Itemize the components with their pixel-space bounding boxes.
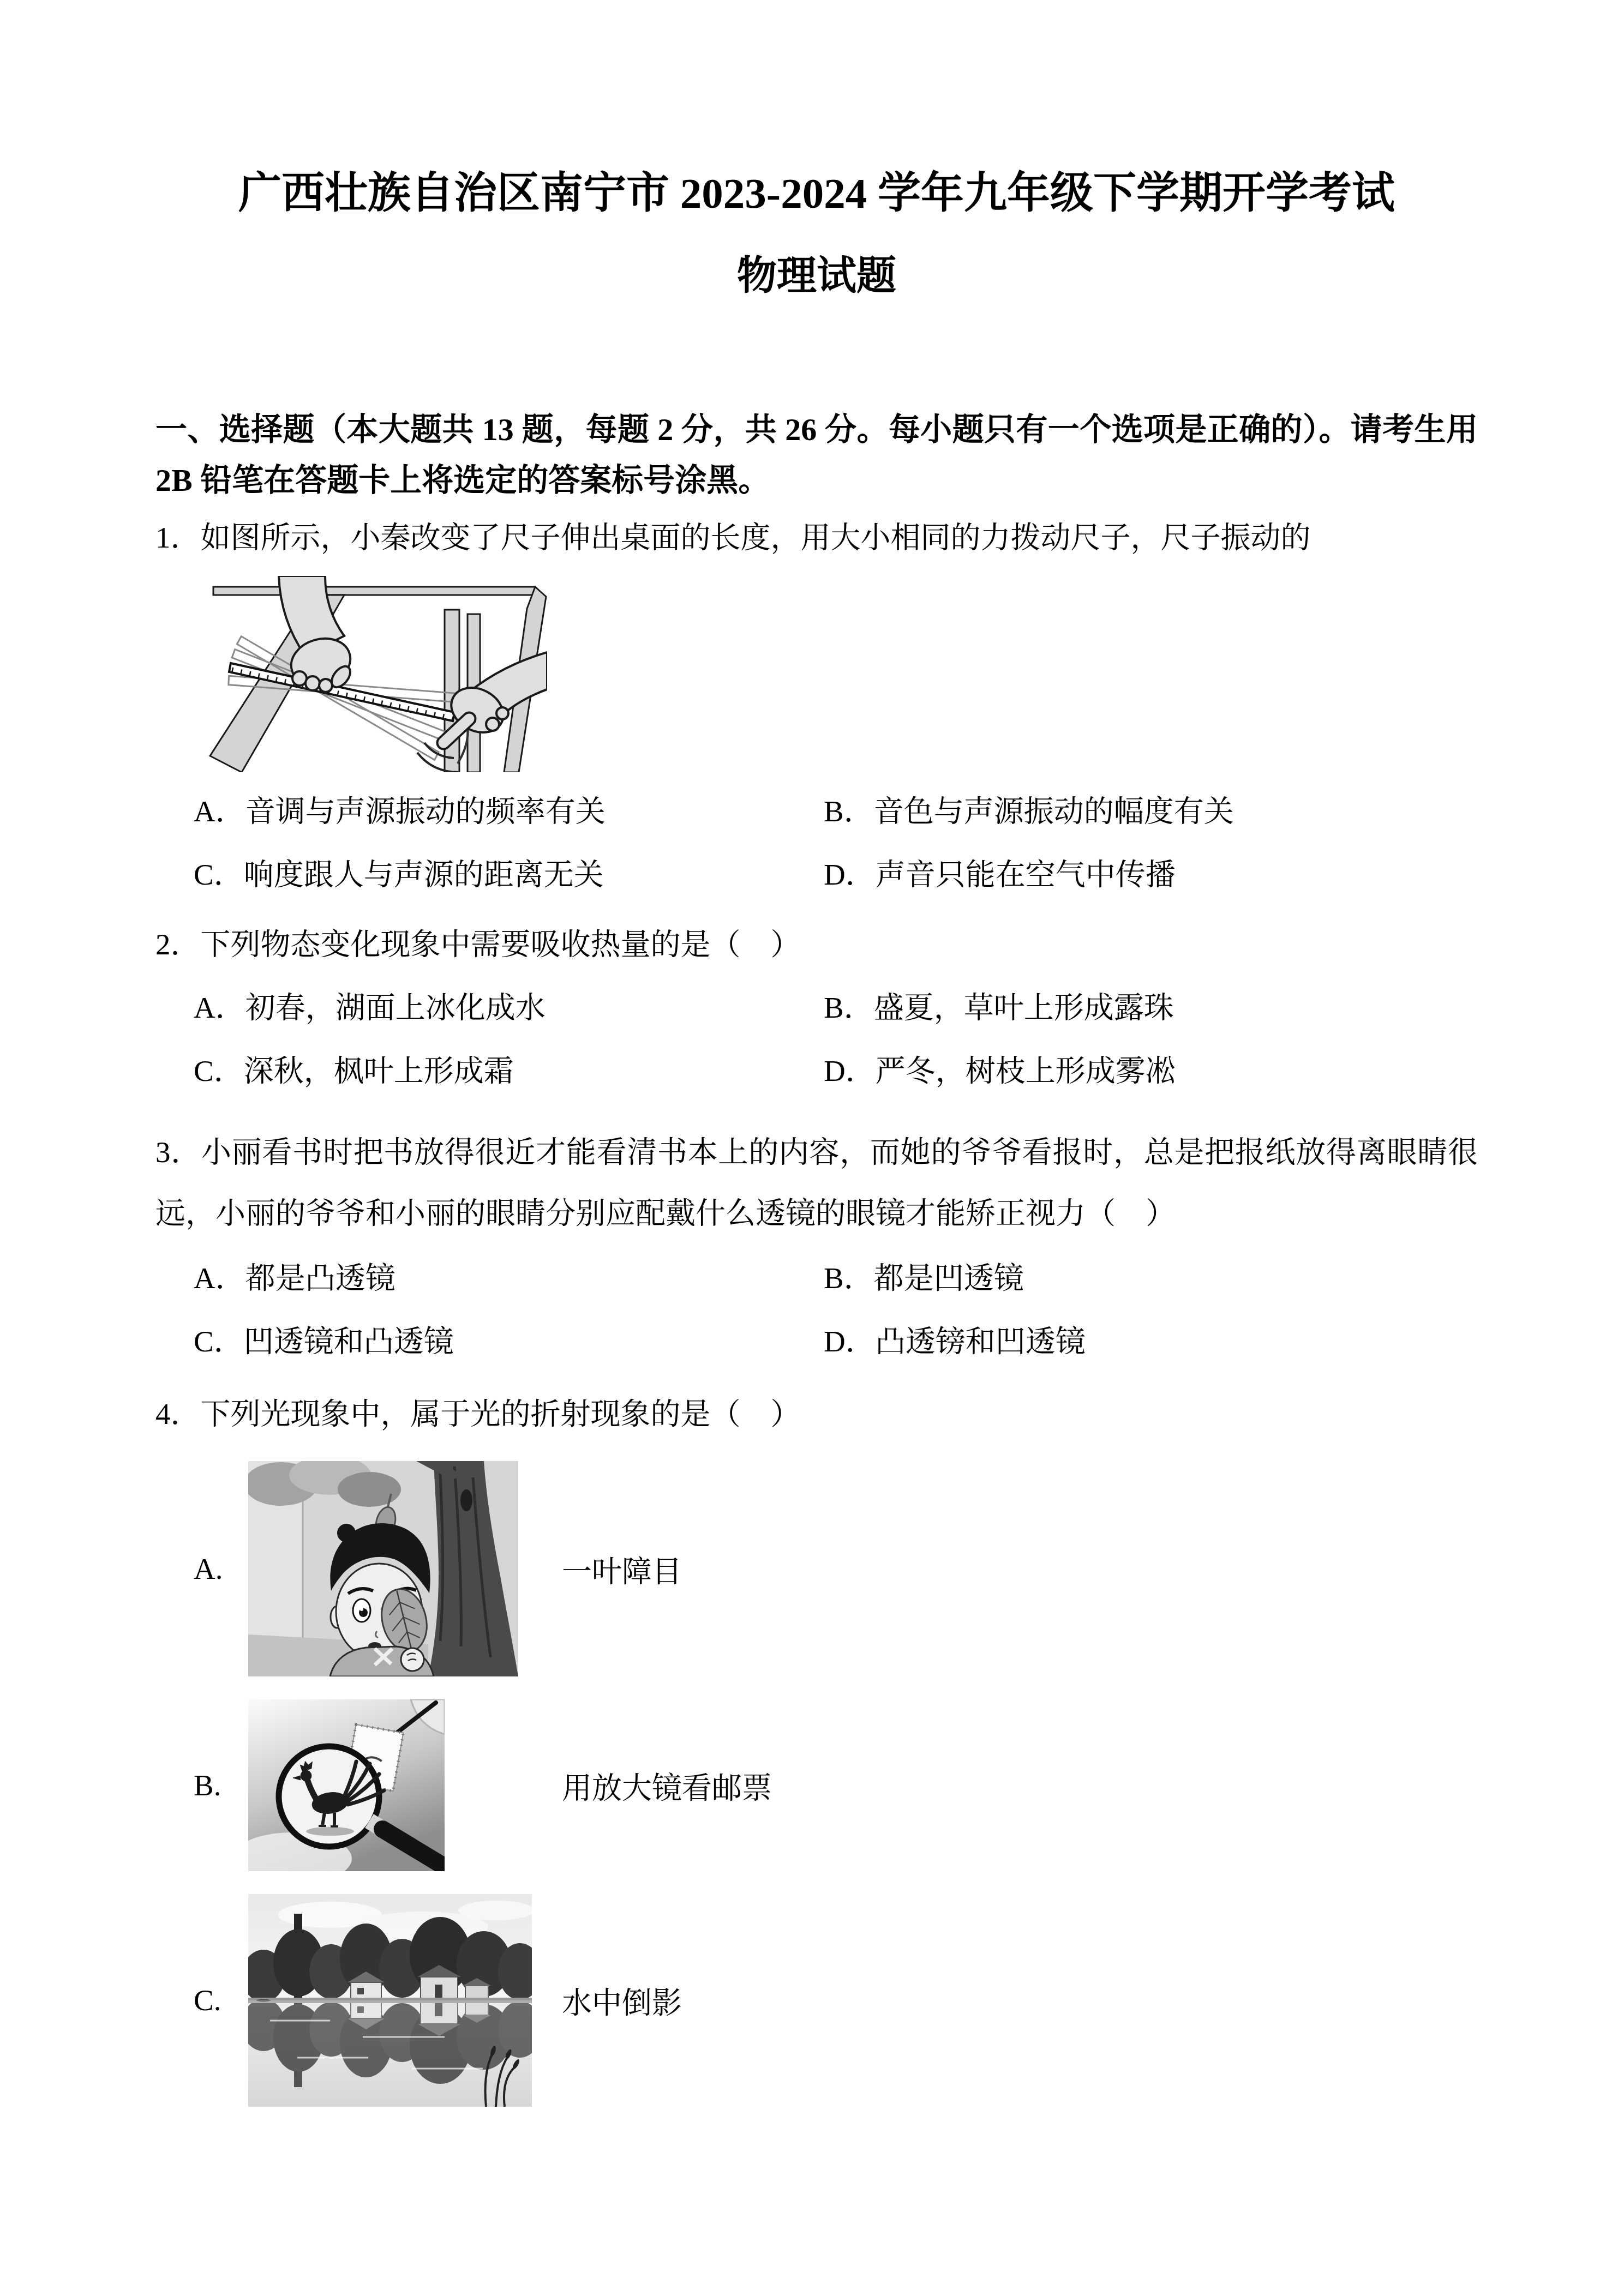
exam-title: 广西壮族自治区南宁市 2023-2024 学年九年级下学期开学考试 (155, 168, 1478, 220)
question-4-number: 4． (155, 1397, 201, 1431)
question-1-text: 如图所示，小秦改变了尺子伸出桌面的长度，用大小相同的力拨动尺子，尺子振动的 (201, 521, 1311, 554)
option-1-d: D．声音只能在空气中传播 (824, 855, 1478, 895)
ruler-vibration-figure (198, 576, 547, 772)
question-2-options: A．初春，湖面上冰化成水 B．盛夏，草叶上形成露珠 C．深秋，枫叶上形成霜 D．… (155, 976, 1478, 1103)
question-4-text: 下列光现象中，属于光的折射现象的是（ ） (201, 1397, 801, 1431)
question-4-stem: 4．下列光现象中，属于光的折射现象的是（ ） (155, 1390, 1478, 1438)
question-3-stem: 3．小丽看书时把书放得很近才能看清书本上的内容，而她的爷爷看报时，总是把报纸放得… (155, 1122, 1478, 1245)
question-4: 4．下列光现象中，属于光的折射现象的是（ ） A. (155, 1390, 1478, 2107)
question-2-text: 下列物态变化现象中需要吸收热量的是（ ） (201, 928, 801, 961)
question-1-options: A．音调与声源振动的频率有关 B．音色与声源振动的幅度有关 C．响度跟人与声源的… (155, 780, 1478, 907)
option-4-b-caption: 用放大镜看邮票 (562, 1764, 772, 1807)
question-2-stem: 2．下列物态变化现象中需要吸收热量的是（ ） (155, 921, 1478, 969)
question-4-option-b-row: B. (155, 1699, 1478, 1871)
question-3-number: 3． (155, 1135, 201, 1169)
question-4-option-a-row: A. (155, 1461, 1478, 1676)
ruler-table-experiment-drawing (198, 576, 547, 772)
option-1-a: A．音调与声源振动的频率有关 (194, 791, 824, 832)
option-4-b-label: B. (194, 1768, 248, 1802)
question-3-options: A．都是凸透镜 B．都是凹透镜 C．凹透镜和凸透镜 D．凸透镑和凹透镜 (155, 1247, 1478, 1374)
question-2: 2．下列物态变化现象中需要吸收热量的是（ ） A．初春，湖面上冰化成水 B．盛夏… (155, 921, 1478, 1103)
option-4-a-caption: 一叶障目 (562, 1547, 682, 1590)
option-2-c: C．深秋，枫叶上形成霜 (194, 1051, 824, 1091)
water-reflection-image (248, 1894, 562, 2107)
question-3: 3．小丽看书时把书放得很近才能看清书本上的内容，而她的爷爷看报时，总是把报纸放得… (155, 1122, 1478, 1374)
option-4-c-caption: 水中倒影 (562, 1979, 682, 2022)
question-1-number: 1． (155, 521, 201, 554)
question-1: 1．如图所示，小秦改变了尺子伸出桌面的长度，用大小相同的力拨动尺子，尺子振动的 (155, 514, 1478, 907)
question-3-text: 小丽看书时把书放得很近才能看清书本上的内容，而她的爷爷看报时，总是把报纸放得离眼… (155, 1135, 1478, 1230)
boy-hiding-eye-with-leaf-drawing (248, 1461, 518, 1676)
option-3-c: C．凹透镜和凸透镜 (194, 1321, 824, 1362)
magnifying-glass-over-stamp-drawing (248, 1699, 445, 1871)
option-2-b: B．盛夏，草叶上形成露珠 (824, 988, 1478, 1028)
exam-paper-page: 广西壮族自治区南宁市 2023-2024 学年九年级下学期开学考试 物理试题 一… (0, 0, 1624, 2296)
question-4-option-c-row: C. (155, 1894, 1478, 2107)
option-3-d: D．凸透镑和凹透镜 (824, 1321, 1478, 1362)
question-2-number: 2． (155, 928, 201, 961)
option-1-c: C．响度跟人与声源的距离无关 (194, 855, 824, 895)
option-1-b: B．音色与声源振动的幅度有关 (824, 791, 1478, 832)
boy-leaf-eye-image (248, 1461, 562, 1676)
option-4-c-label: C. (194, 1983, 248, 2017)
trees-reflected-in-water-drawing (248, 1894, 532, 2107)
option-3-b: B．都是凹透镜 (824, 1258, 1478, 1299)
magnifier-stamp-image (248, 1699, 562, 1871)
question-1-stem: 1．如图所示，小秦改变了尺子伸出桌面的长度，用大小相同的力拨动尺子，尺子振动的 (155, 514, 1478, 562)
option-4-a-label: A. (194, 1552, 248, 1586)
exam-subtitle: 物理试题 (155, 252, 1478, 300)
option-2-a: A．初春，湖面上冰化成水 (194, 988, 824, 1028)
section-1-heading: 一、选择题（本大题共 13 题，每题 2 分，共 26 分。每小题只有一个选项是… (155, 405, 1478, 506)
option-3-a: A．都是凸透镜 (194, 1258, 824, 1299)
option-2-d: D．严冬，树枝上形成雾凇 (824, 1051, 1478, 1091)
